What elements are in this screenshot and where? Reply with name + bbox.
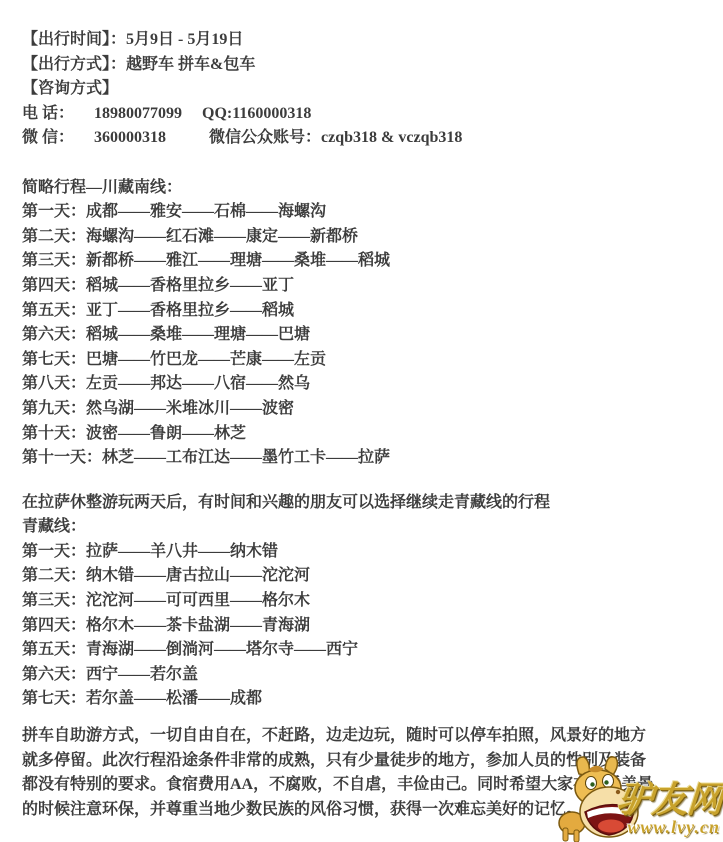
day-route: 稻城——桑堆——理塘——巴塘 (86, 326, 310, 343)
day-label: 第四天： (22, 277, 86, 294)
itinerary-day: 第七天：巴塘——竹巴龙——芒康——左贡 (22, 348, 723, 373)
day-label: 第四天： (22, 617, 86, 634)
itinerary-day: 第六天：西宁——若尔盖 (22, 663, 723, 688)
day-route: 青海湖——倒淌河——塔尔寺——西宁 (86, 641, 358, 658)
day-route: 稻城——香格里拉乡——亚丁 (86, 277, 294, 294)
south-route-title: 简略行程—川藏南线： (22, 176, 723, 201)
day-label: 第五天： (22, 302, 86, 319)
itinerary-day: 第九天：然乌湖——米堆冰川——波密 (22, 397, 723, 422)
closing-paragraph: 拼车自助游方式，一切自由自在，不赶路，边走边玩，随时可以停车拍照，风景好的地方 … (22, 724, 723, 822)
day-route: 若尔盖——松潘——成都 (86, 690, 262, 707)
consult-label: 【咨询方式】 (22, 80, 118, 97)
travel-mode-line: 【出行方式】：越野车 拼车&包车 (22, 53, 723, 78)
phone-value: 18980077099 (94, 105, 182, 122)
itinerary-day: 第四天：格尔木——茶卡盐湖——青海湖 (22, 614, 723, 639)
day-route: 亚丁——香格里拉乡——稻城 (86, 302, 294, 319)
day-label: 第六天： (22, 326, 86, 343)
wechat-public-label: 微信公众账号： (209, 129, 321, 146)
travel-time-value: 5月9日 - 5月19日 (126, 31, 243, 48)
itinerary-day: 第二天：海螺沟——红石滩——康定——新都桥 (22, 225, 723, 250)
qinghai-route-title: 青藏线： (22, 515, 723, 540)
wechat-public-value: czqb318 & vczqb318 (321, 129, 462, 146)
itinerary-day: 第一天：拉萨——羊八井——纳木错 (22, 540, 723, 565)
day-label: 第一天： (22, 543, 86, 560)
day-route: 纳木错——唐古拉山——沱沱河 (86, 567, 310, 584)
itinerary-day: 第一天：成都——雅安——石棉——海螺沟 (22, 200, 723, 225)
day-label: 第三天： (22, 592, 86, 609)
day-label: 第七天： (22, 690, 86, 707)
itinerary-day: 第六天：稻城——桑堆——理塘——巴塘 (22, 323, 723, 348)
day-route: 拉萨——羊八井——纳木错 (86, 543, 278, 560)
day-label: 第二天： (22, 567, 86, 584)
south-route-section: 简略行程—川藏南线： 第一天：成都——雅安——石棉——海螺沟 第二天：海螺沟——… (22, 176, 723, 471)
day-route: 巴塘——竹巴龙——芒康——左贡 (86, 351, 326, 368)
itinerary-day: 第八天：左贡——邦达——八宿——然乌 (22, 372, 723, 397)
section-title: 简略行程—川藏南线： (22, 179, 182, 196)
day-label: 第七天： (22, 351, 86, 368)
intro-text: 在拉萨休整游玩两天后，有时间和兴趣的朋友可以选择继续走青藏线的行程 (22, 494, 550, 511)
day-label: 第三天： (22, 252, 86, 269)
day-route: 林芝——工布江达——墨竹工卡——拉萨 (102, 449, 390, 466)
day-route: 左贡——邦达——八宿——然乌 (86, 375, 310, 392)
consult-heading: 【咨询方式】 (22, 77, 723, 102)
travel-time-line: 【出行时间】：5月9日 - 5月19日 (22, 28, 723, 53)
itinerary-day: 第七天：若尔盖——松潘——成都 (22, 687, 723, 712)
itinerary-day: 第三天：新都桥——雅江——理塘——桑堆——稻城 (22, 249, 723, 274)
paragraph-line: 就多停留。此次行程沿途条件非常的成熟，只有少量徒步的地方，参加人员的性别及装备 (22, 749, 723, 774)
itinerary-day: 第五天：亚丁——香格里拉乡——稻城 (22, 299, 723, 324)
wechat-label: 微 信： (22, 129, 74, 146)
day-label: 第八天： (22, 375, 86, 392)
paragraph-line: 拼车自助游方式，一切自由自在，不赶路，边走边玩，随时可以停车拍照，风景好的地方 (22, 724, 723, 749)
day-route: 然乌湖——米堆冰川——波密 (86, 400, 294, 417)
day-route: 海螺沟——红石滩——康定——新都桥 (86, 228, 358, 245)
qq-label: QQ: (202, 105, 232, 122)
itinerary-day: 第三天：沱沱河——可可西里——格尔木 (22, 589, 723, 614)
day-label: 第六天： (22, 666, 86, 683)
qinghai-route-intro: 在拉萨休整游玩两天后，有时间和兴趣的朋友可以选择继续走青藏线的行程 (22, 491, 723, 516)
qinghai-route-section: 在拉萨休整游玩两天后，有时间和兴趣的朋友可以选择继续走青藏线的行程 青藏线： 第… (22, 491, 723, 712)
phone-qq-line: 电 话：18980077099QQ:1160000318 (22, 102, 723, 127)
day-label: 第一天： (22, 203, 86, 220)
section-title: 青藏线： (22, 518, 86, 535)
day-route: 波密——鲁朗——林芝 (86, 425, 246, 442)
itinerary-day: 第五天：青海湖——倒淌河——塔尔寺——西宁 (22, 638, 723, 663)
day-route: 西宁——若尔盖 (86, 666, 198, 683)
wechat-line: 微 信：360000318微信公众账号：czqb318 & vczqb318 (22, 126, 723, 151)
document-body: 【出行时间】：5月9日 - 5月19日 【出行方式】：越野车 拼车&包车 【咨询… (22, 28, 723, 822)
qq-value: 1160000318 (232, 105, 311, 122)
travel-mode-value: 越野车 拼车&包车 (126, 56, 255, 73)
phone-label: 电 话： (22, 105, 74, 122)
paragraph-line: 的时候注意环保，并尊重当地少数民族的风俗习惯，获得一次难忘美好的记忆。 (22, 798, 723, 823)
travel-time-label: 【出行时间】： (22, 31, 126, 48)
day-label: 第十一天： (22, 449, 102, 466)
day-route: 成都——雅安——石棉——海螺沟 (86, 203, 326, 220)
wechat-value: 360000318 (94, 129, 166, 146)
day-route: 沱沱河——可可西里——格尔木 (86, 592, 310, 609)
day-route: 新都桥——雅江——理塘——桑堆——稻城 (86, 252, 390, 269)
day-label: 第五天： (22, 641, 86, 658)
day-label: 第二天： (22, 228, 86, 245)
trip-info-section: 【出行时间】：5月9日 - 5月19日 【出行方式】：越野车 拼车&包车 【咨询… (22, 28, 723, 151)
travel-mode-label: 【出行方式】： (22, 56, 126, 73)
itinerary-day: 第二天：纳木错——唐古拉山——沱沱河 (22, 564, 723, 589)
itinerary-day: 第十天：波密——鲁朗——林芝 (22, 422, 723, 447)
itinerary-day: 第十一天：林芝——工布江达——墨竹工卡——拉萨 (22, 446, 723, 471)
day-label: 第十天： (22, 425, 86, 442)
day-route: 格尔木——茶卡盐湖——青海湖 (86, 617, 310, 634)
paragraph-line: 都没有特别的要求。食宿费用AA，不腐败，不自虐，丰俭由己。同时希望大家在观看美景 (22, 773, 723, 798)
itinerary-day: 第四天：稻城——香格里拉乡——亚丁 (22, 274, 723, 299)
day-label: 第九天： (22, 400, 86, 417)
